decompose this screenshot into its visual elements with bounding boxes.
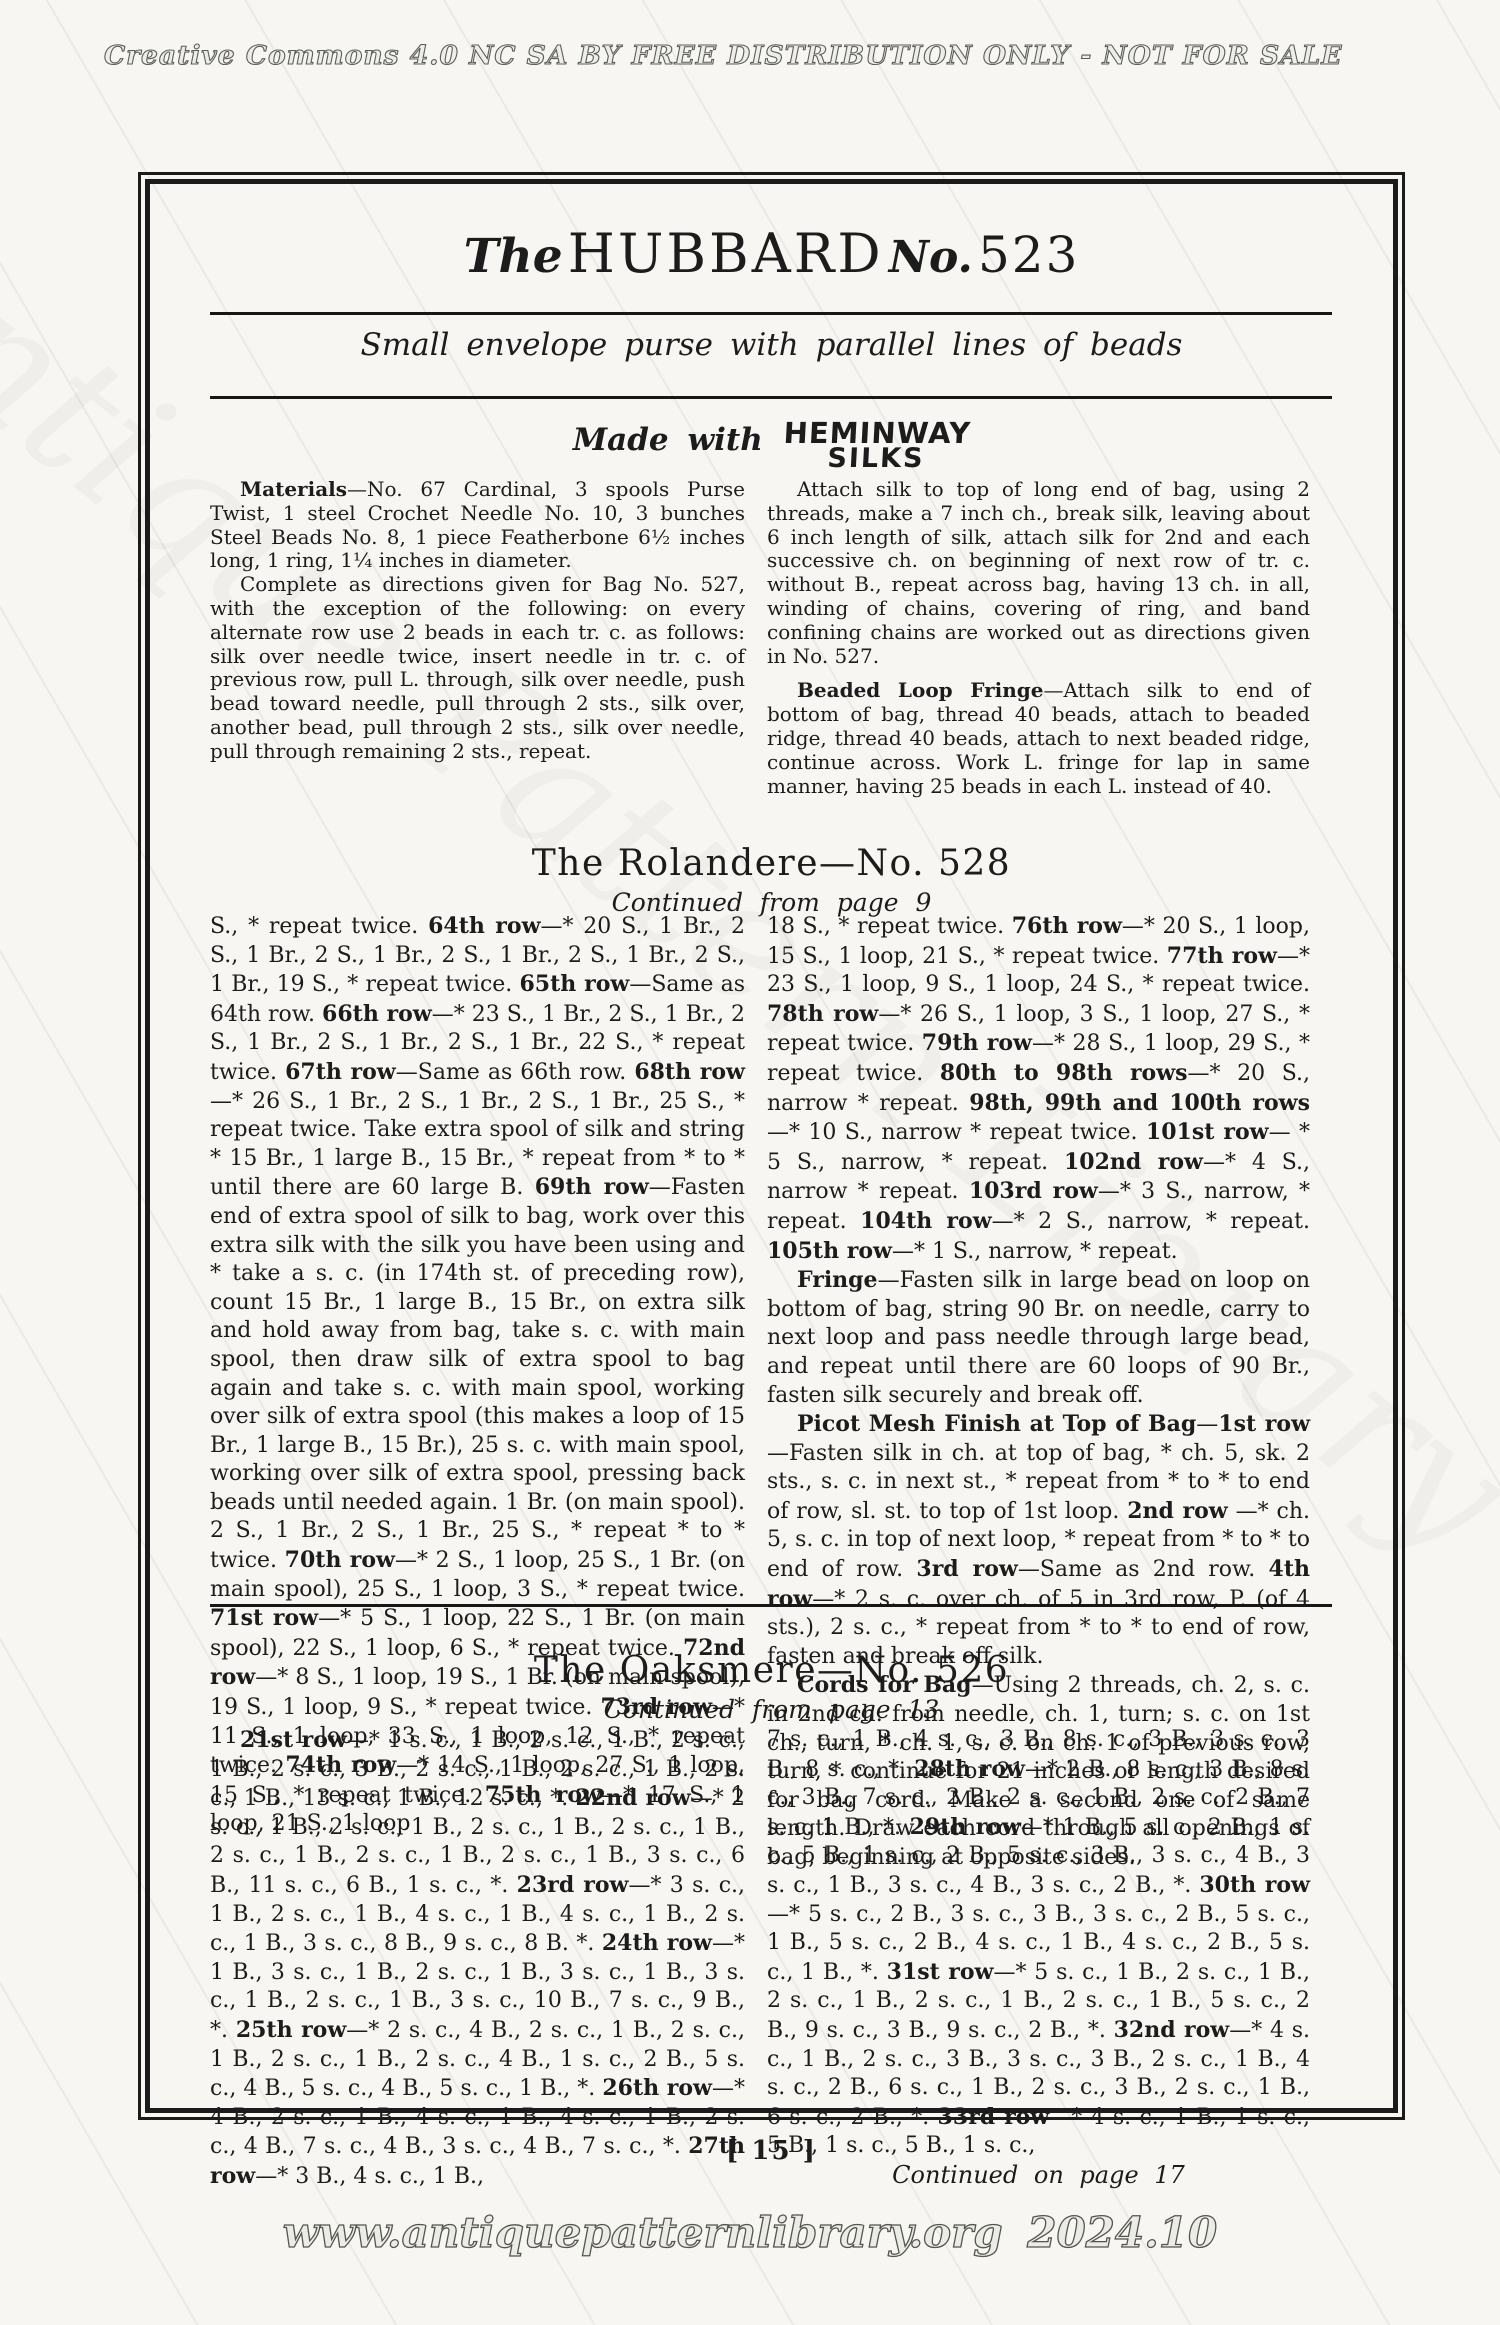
paragraph: Complete as directions given for Bag No.… xyxy=(210,573,745,763)
paragraph: Attach silk to top of long end of bag, u… xyxy=(767,478,1310,668)
title-number: 523 xyxy=(978,226,1079,284)
footer-site-line: www.antiquepatternlibrary.org 2024.10 xyxy=(0,2208,1500,2257)
page-number: [ 15 ] xyxy=(138,2136,1405,2166)
watermark-text: Antique Pattern Library xyxy=(0,180,156,505)
paragraph: Materials—No. 67 Cardinal, 3 spools Purs… xyxy=(210,478,745,573)
oaksmere-title: The Oaksmere—No. 526 xyxy=(138,1650,1405,1691)
paragraph: 18 S., * repeat twice. 76th row—* 20 S.,… xyxy=(767,912,1310,1266)
oaksmere-heading: The Oaksmere—No. 526 Continued from page… xyxy=(138,1650,1405,1724)
hubbard-left-column: Materials—No. 67 Cardinal, 3 spools Purs… xyxy=(210,478,745,798)
paragraph: Picot Mesh Finish at Top of Bag—1st row—… xyxy=(767,1410,1310,1671)
license-header: Creative Commons 4.0 NC SA BY FREE DISTR… xyxy=(104,40,1404,71)
made-with-row: Made with HEMINWAY SILKS xyxy=(138,416,1405,474)
paragraph: Fringe—Fasten silk in large bead on loop… xyxy=(767,1266,1310,1410)
hubbard-right-column: Attach silk to top of long end of bag, u… xyxy=(767,478,1310,798)
oaksmere-continued-from: Continued from page 13 xyxy=(138,1695,1405,1724)
oaksmere-left-column: 21st row—* 1 s. c., 1 B., 2 s. c., 1 B.,… xyxy=(210,1726,745,2192)
title-no: No. xyxy=(889,232,973,283)
divider-rule xyxy=(210,1604,1332,1607)
paragraph: Beaded Loop Fringe—Attach silk to end of… xyxy=(767,679,1310,798)
hubbard-columns: Materials—No. 67 Cardinal, 3 spools Purs… xyxy=(210,478,1310,798)
oaksmere-right-text: 7 s. c., 1 B., 4 s. c., 3 B., 8 s. c., 3… xyxy=(767,1726,1310,2161)
paragraph: 21st row—* 1 s. c., 1 B., 2 s. c., 1 B.,… xyxy=(210,1726,745,2192)
title-the: The xyxy=(464,229,563,284)
scanned-page: Antique Pattern Library Creative Commons… xyxy=(0,0,1500,2325)
rolandere-title: The Rolandere—No. 528 xyxy=(138,843,1405,884)
divider-rule xyxy=(210,396,1332,399)
title-hubbard: HUBBARD xyxy=(568,222,884,285)
oaksmere-right-column: 7 s. c., 1 B., 4 s. c., 3 B., 8 s. c., 3… xyxy=(767,1726,1310,2192)
oaksmere-columns: 21st row—* 1 s. c., 1 B., 2 s. c., 1 B.,… xyxy=(210,1726,1310,2192)
heminway-silks-logo: HEMINWAY SILKS xyxy=(781,416,971,474)
paragraph: 7 s. c., 1 B., 4 s. c., 3 B., 8 s. c., 3… xyxy=(767,1726,1310,2161)
divider-rule xyxy=(210,312,1332,315)
page-title: The HUBBARD No. 523 xyxy=(138,222,1405,285)
page-subtitle: Small envelope purse with parallel lines… xyxy=(138,327,1405,363)
made-with-label: Made with xyxy=(573,422,763,458)
rolandere-heading: The Rolandere—No. 528 Continued from pag… xyxy=(138,843,1405,917)
